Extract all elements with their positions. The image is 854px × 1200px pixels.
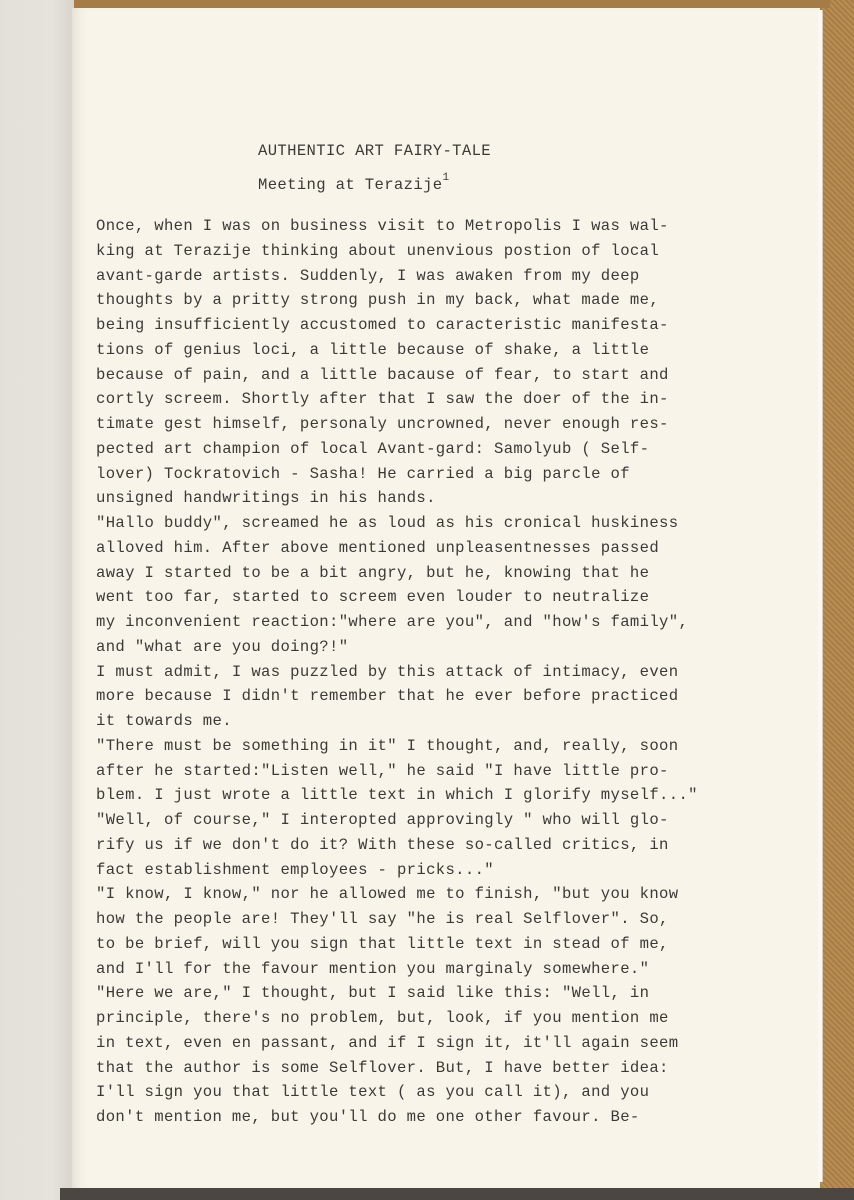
text-line: "Here we are," I thought, but I said lik… (96, 981, 698, 1006)
facing-page (0, 0, 74, 1200)
text-line: avant-garde artists. Suddenly, I was awa… (96, 264, 698, 289)
footnote-marker: 1 (442, 172, 449, 184)
text-line: thoughts by a pritty strong push in my b… (96, 288, 698, 313)
text-line: rify us if we don't do it? With these so… (96, 833, 698, 858)
text-line: blem. I just wrote a little text in whic… (96, 783, 698, 808)
text-line: principle, there's no problem, but, look… (96, 1006, 698, 1031)
text-line: went too far, started to screem even lou… (96, 585, 698, 610)
text-line: lover) Tockratovich - Sasha! He carried … (96, 462, 698, 487)
text-line: "Well, of course," I interopted approvin… (96, 808, 698, 833)
text-line: and "what are you doing?!" (96, 635, 698, 660)
text-line: "Hallo buddy", screamed he as loud as hi… (96, 511, 698, 536)
scan-bottom-border (60, 1188, 854, 1200)
text-line: that the author is some Selflover. But, … (96, 1056, 698, 1081)
text-line: cortly screem. Shortly after that I saw … (96, 387, 698, 412)
document-body: Once, when I was on business visit to Me… (96, 214, 698, 1130)
document-title: AUTHENTIC ART FAIRY-TALE (258, 142, 491, 160)
text-line: I'll sign you that little text ( as you … (96, 1080, 698, 1105)
subtitle-text: Meeting at Terazije (258, 176, 442, 194)
text-line: king at Terazije thinking about unenviou… (96, 239, 698, 264)
text-line: because of pain, and a little bacause of… (96, 363, 698, 388)
text-line: more because I didn't remember that he e… (96, 684, 698, 709)
text-line: fact establishment employees - pricks...… (96, 858, 698, 883)
cardboard-top-edge (70, 0, 830, 8)
text-line: after he started:"Listen well," he said … (96, 759, 698, 784)
text-line: in text, even en passant, and if I sign … (96, 1031, 698, 1056)
text-line: being insufficiently accustomed to carac… (96, 313, 698, 338)
scanned-document-scene: AUTHENTIC ART FAIRY-TALE Meeting at Tera… (0, 0, 854, 1200)
text-line: Once, when I was on business visit to Me… (96, 214, 698, 239)
page-edge (818, 10, 823, 1182)
text-line: alloved him. After above mentioned unple… (96, 536, 698, 561)
text-line: my inconvenient reaction:"where are you"… (96, 610, 698, 635)
text-line: and I'll for the favour mention you marg… (96, 957, 698, 982)
text-line: don't mention me, but you'll do me one o… (96, 1105, 698, 1130)
text-line: unsigned handwritings in his hands. (96, 486, 698, 511)
text-line: pected art champion of local Avant-gard:… (96, 437, 698, 462)
text-line: how the people are! They'll say "he is r… (96, 907, 698, 932)
text-line: I must admit, I was puzzled by this atta… (96, 660, 698, 685)
text-line: it towards me. (96, 709, 698, 734)
text-line: "There must be something in it" I though… (96, 734, 698, 759)
document-subtitle: Meeting at Terazije1 (258, 175, 449, 194)
text-line: tions of genius loci, a little because o… (96, 338, 698, 363)
text-line: timate gest himself, personaly uncrowned… (96, 412, 698, 437)
text-line: "I know, I know," nor he allowed me to f… (96, 882, 698, 907)
text-line: to be brief, will you sign that little t… (96, 932, 698, 957)
text-line: away I started to be a bit angry, but he… (96, 561, 698, 586)
